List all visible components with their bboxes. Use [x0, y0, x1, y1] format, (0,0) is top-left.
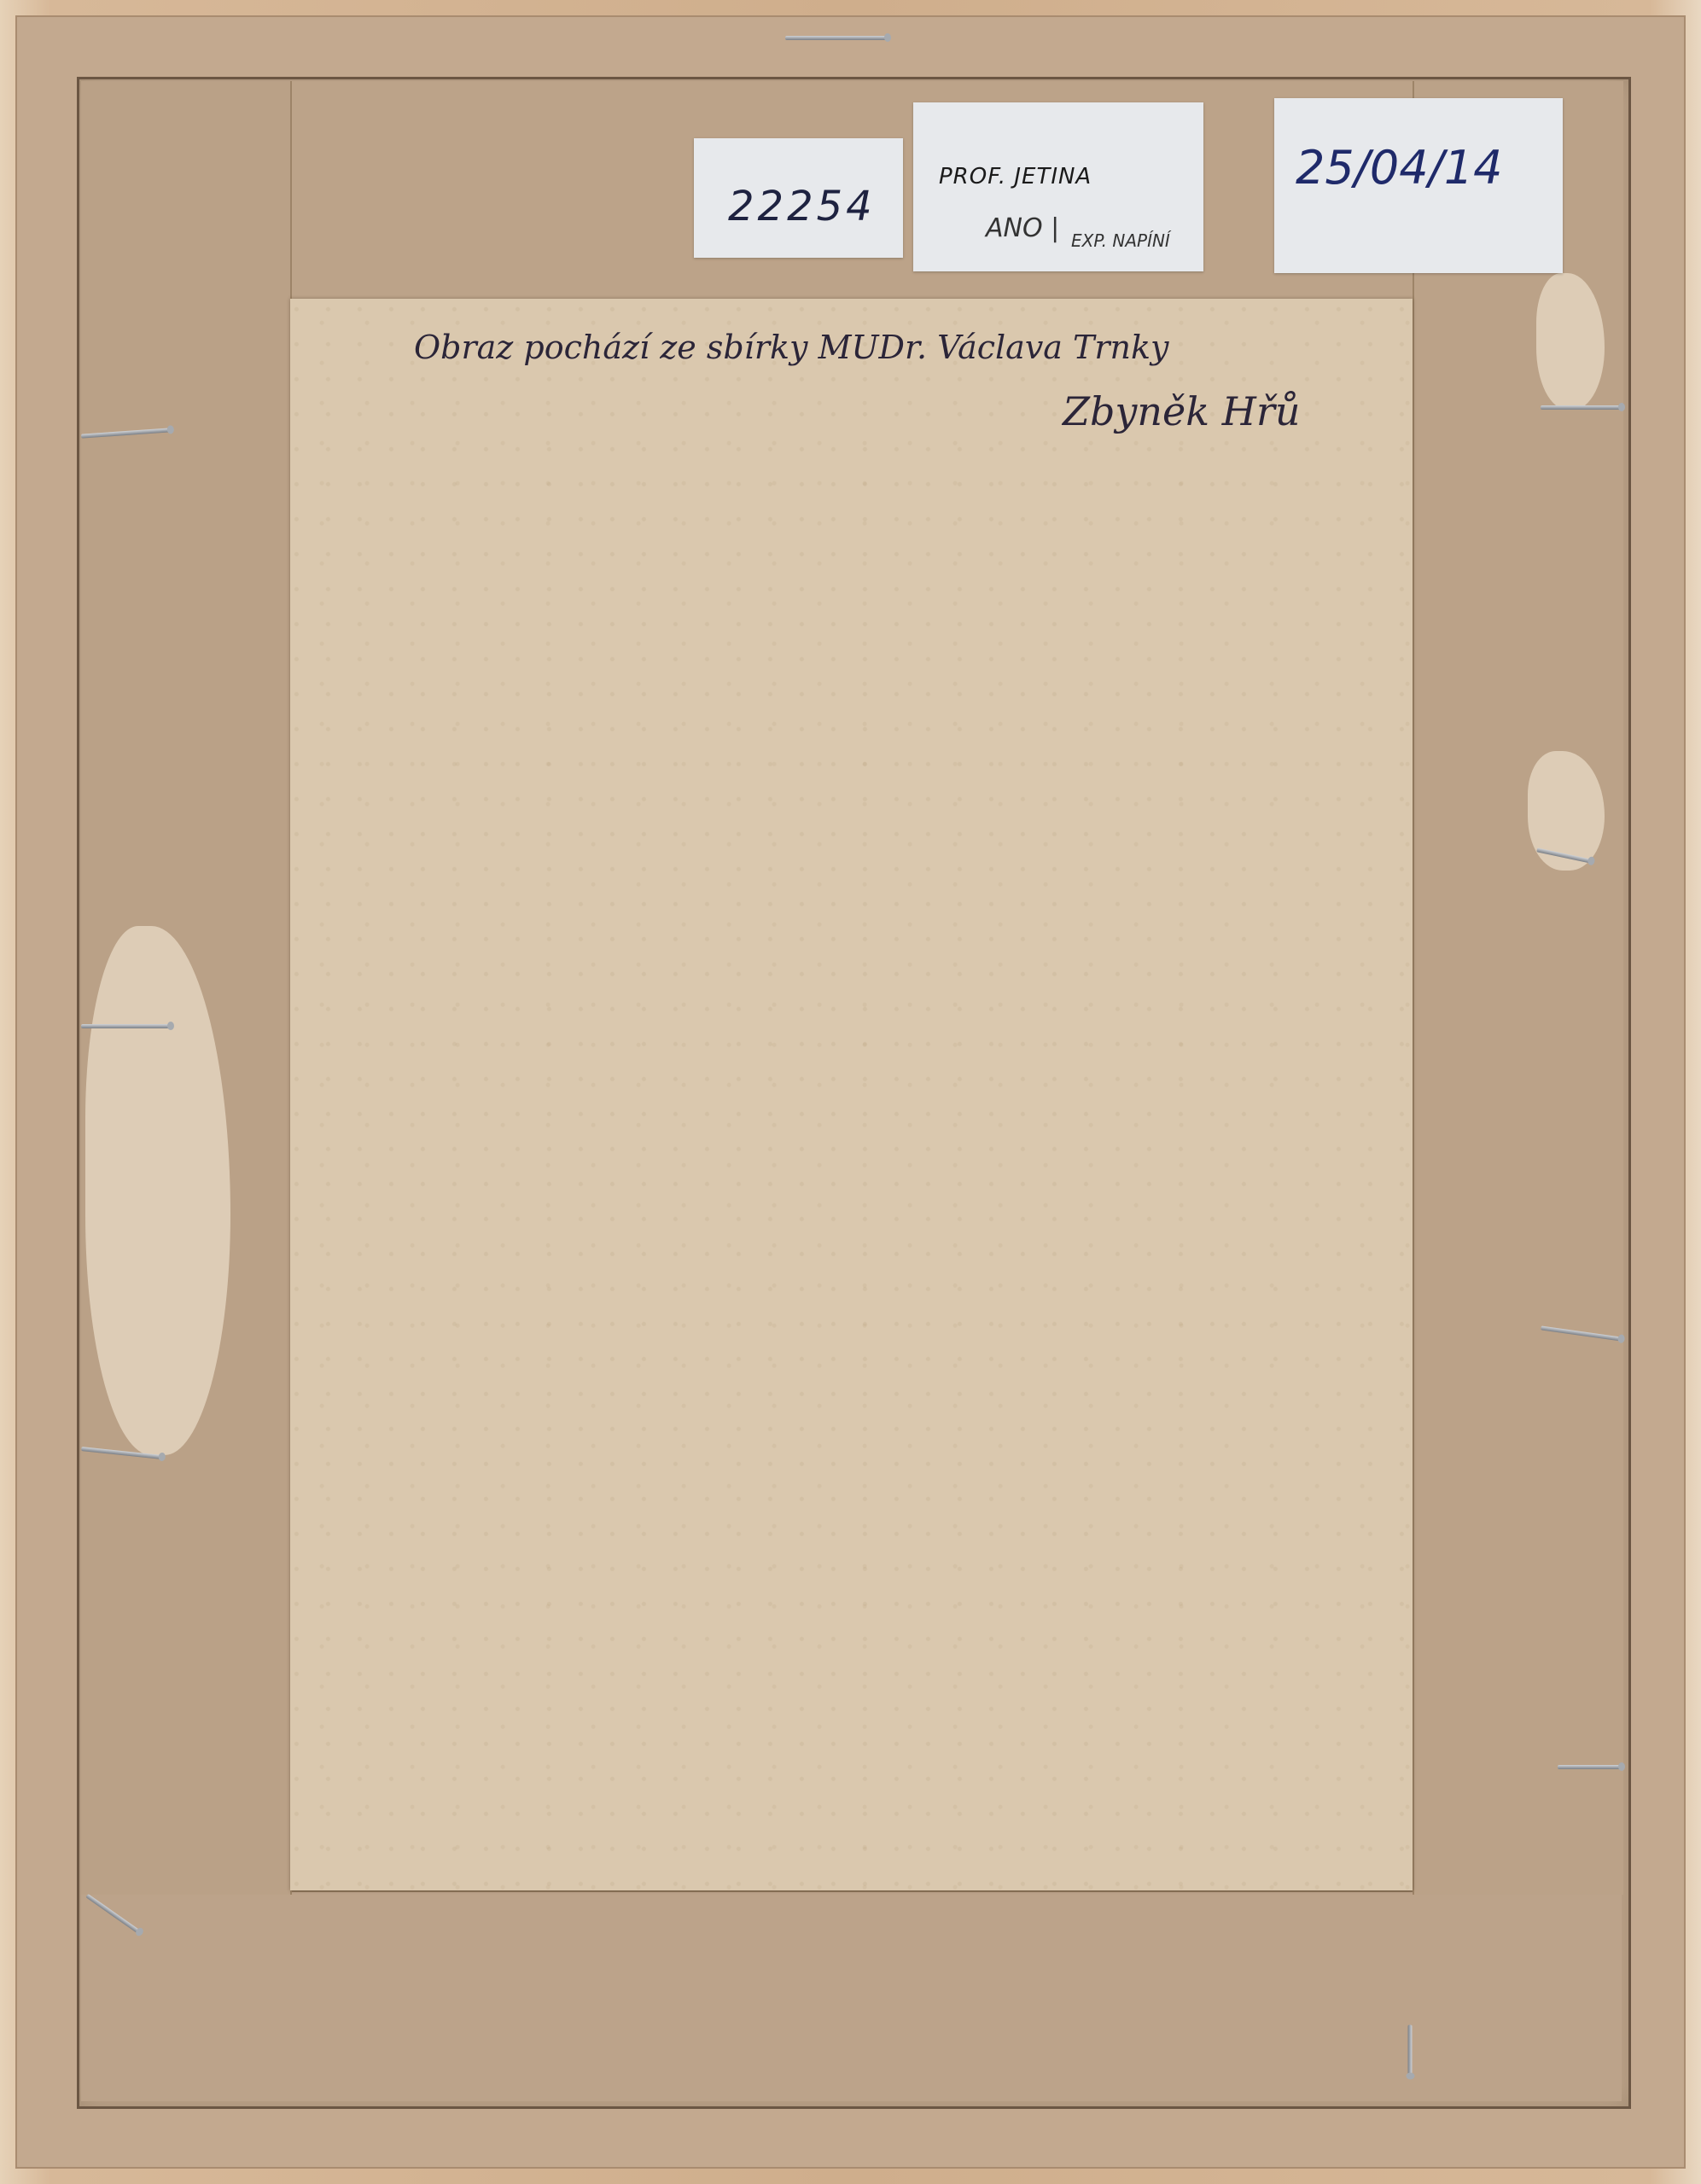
signature: Zbyněk Hřů — [1063, 388, 1300, 434]
inventory-number-label: 22254 — [694, 138, 903, 258]
provenance-inscription: Obraz pochází ze sbírky MUDr. Václava Tr… — [414, 329, 1169, 366]
inventory-number: 22254 — [728, 183, 876, 230]
owner-note: ANO | — [986, 213, 1059, 243]
date-label: 25/04/14 — [1274, 98, 1563, 273]
nail-icon — [1541, 405, 1622, 410]
nail-icon — [1558, 1765, 1622, 1769]
owner-label: PROF. JETINA ANO | EXP. NAPÍNÍ — [913, 102, 1203, 271]
hanging-wire-icon — [785, 36, 888, 40]
kraft-tape-bottom — [81, 1890, 1622, 2101]
owner-name: PROF. JETINA — [939, 164, 1092, 189]
owner-note-detail: EXP. NAPÍNÍ — [1071, 230, 1170, 251]
nail-icon — [81, 1024, 171, 1028]
date-text: 25/04/14 — [1296, 141, 1503, 195]
backing-board — [290, 299, 1413, 1890]
nail-icon — [1408, 2025, 1413, 2076]
